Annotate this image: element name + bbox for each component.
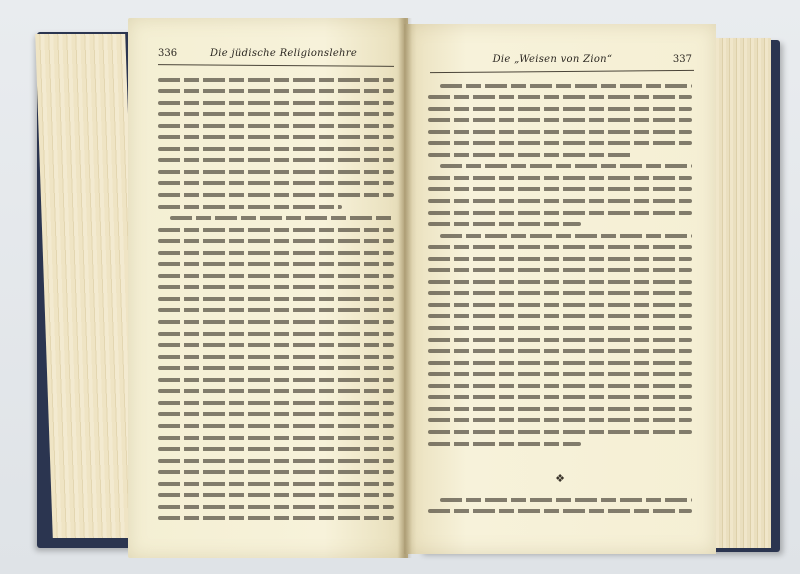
- right-body-text-placeholder: [428, 76, 692, 453]
- section-ornament: ❖: [404, 472, 716, 485]
- page-edges-left: [35, 34, 143, 538]
- right-running-head: Die „Weisen von Zion“ 337: [432, 54, 692, 65]
- left-head-rule: [158, 64, 394, 67]
- right-running-title: Die „Weisen von Zion“: [493, 54, 613, 65]
- book-gutter: [398, 18, 412, 558]
- left-body-text-placeholder: [158, 70, 394, 528]
- left-page-number: 336: [158, 48, 177, 59]
- right-head-rule: [430, 70, 694, 73]
- right-body-text-placeholder-2: [428, 490, 692, 521]
- right-page-number: 337: [673, 54, 692, 65]
- left-running-title: Die jüdische Religionslehre: [210, 48, 357, 59]
- left-page: 336 Die jüdische Religionslehre: [128, 18, 408, 558]
- right-page: Die „Weisen von Zion“ 337 ❖: [404, 24, 716, 554]
- left-running-head: 336 Die jüdische Religionslehre: [158, 48, 390, 59]
